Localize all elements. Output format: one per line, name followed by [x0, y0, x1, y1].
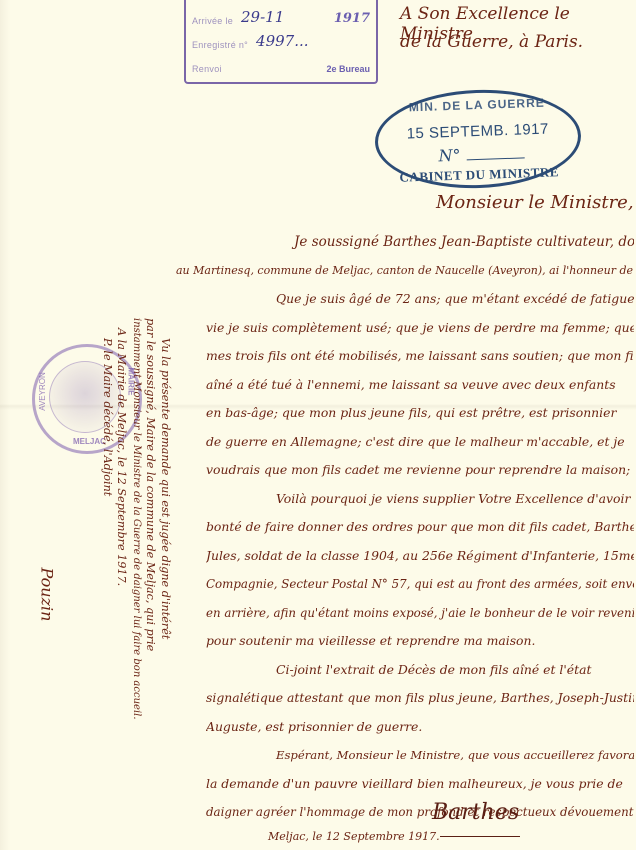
- body-line: de guerre en Allemagne; c'est dire que l…: [206, 428, 634, 457]
- body-line: aîné a été tué à l'ennemi, me laissant s…: [206, 371, 634, 400]
- margin-line: Vu la présente demande qui est jugée dig…: [158, 318, 173, 850]
- signature-underline: [440, 836, 520, 837]
- registration-stamp: Arrivée le 29-11 1917 Enregistré n° 4997…: [184, 0, 378, 84]
- letter-body: Je soussigné Barthes Jean-Baptiste culti…: [206, 228, 634, 827]
- body-line: Je soussigné Barthes Jean-Baptiste culti…: [206, 228, 634, 257]
- body-line: en bas-âge; que mon plus jeune fils, qui…: [206, 399, 634, 428]
- body-line: daigner agréer l'hommage de mon profond …: [206, 798, 634, 827]
- body-line: Que je suis âgé de 72 ans; que m'étant e…: [206, 285, 634, 314]
- reg-row-arrival: Arrivée le 29-11 1917: [192, 6, 370, 26]
- cabinet-stamp-top: MIN. DE LA GUERRE: [377, 95, 577, 116]
- cabinet-stamp-number-label: N°: [438, 146, 461, 166]
- margin-annotation: Vu la présente demande qui est jugée dig…: [72, 318, 172, 850]
- margin-signature: Pouzin: [37, 568, 56, 622]
- body-line: voudrais que mon fils cadet me revienne …: [206, 456, 634, 485]
- cabinet-stamp: MIN. DE LA GUERRE 15 SEPTEMB. 1917 N° CA…: [373, 86, 582, 191]
- body-line: mes trois fils ont été mobilisés, me lai…: [206, 342, 634, 371]
- body-line: signalétique attestant que mon fils plus…: [206, 684, 634, 713]
- cabinet-stamp-bottom: CABINET DU MINISTRE: [379, 163, 579, 186]
- body-line: au Martinesq, commune de Meljac, canton …: [176, 257, 634, 286]
- reg-row-number: Enregistré n° 4997...: [192, 30, 370, 50]
- body-line: bonté de faire donner des ordres pour qu…: [206, 513, 634, 542]
- body-line: Auguste, est prisonnier de guerre.: [206, 713, 634, 742]
- body-line: Voilà pourquoi je viens supplier Votre E…: [206, 485, 634, 514]
- signature: Barthes: [432, 800, 519, 825]
- mairie-stamp-top: AVEYRON: [38, 372, 47, 411]
- margin-line: instamment Monsieur le Ministre de la Gu…: [129, 318, 144, 850]
- cabinet-stamp-date: 15 SEPTEMB. 1917: [378, 120, 578, 144]
- letter-page: Arrivée le 29-11 1917 Enregistré n° 4997…: [0, 0, 636, 850]
- reg-arrival-label: Arrivée le: [192, 16, 233, 26]
- place-date: Meljac, le 12 Septembre 1917.: [268, 830, 440, 843]
- body-line: Compagnie, Secteur Postal N° 57, qui est…: [206, 570, 634, 599]
- reg-number-label: Enregistré n°: [192, 40, 248, 50]
- margin-line: par le soussigné, Maire de la commune de…: [143, 318, 158, 850]
- cabinet-stamp-number-line: [467, 157, 525, 160]
- body-line: en arrière, afin qu'étant moins exposé, …: [206, 599, 634, 628]
- salutation: Monsieur le Ministre,: [436, 192, 634, 213]
- reg-referral-value: 2e Bureau: [326, 64, 370, 74]
- body-line: vie je suis complètement usé; que je vie…: [206, 314, 634, 343]
- body-line: Jules, soldat de la classe 1904, au 256e…: [206, 542, 634, 571]
- reg-referral-label: Renvoi: [192, 64, 222, 74]
- margin-line: P. le Maire décédé, l'Adjoint: [100, 318, 115, 850]
- margin-line: A la Mairie de Meljac, le 12 Septembre 1…: [114, 318, 129, 850]
- address-line-2: de la Guerre, à Paris.: [400, 32, 583, 52]
- reg-arrival-value: 29-11: [241, 8, 284, 26]
- body-line: pour soutenir ma vieillesse et reprendre…: [206, 627, 634, 656]
- body-line: Espérant, Monsieur le Ministre, que vous…: [206, 741, 634, 770]
- body-line: Ci-joint l'extrait de Décès de mon fils …: [206, 656, 634, 685]
- reg-row-referral: Renvoi 2e Bureau: [192, 54, 370, 74]
- reg-arrival-year: 1917: [334, 11, 370, 26]
- body-line: la demande d'un pauvre vieillard bien ma…: [206, 770, 634, 799]
- reg-number-value: 4997...: [256, 32, 308, 50]
